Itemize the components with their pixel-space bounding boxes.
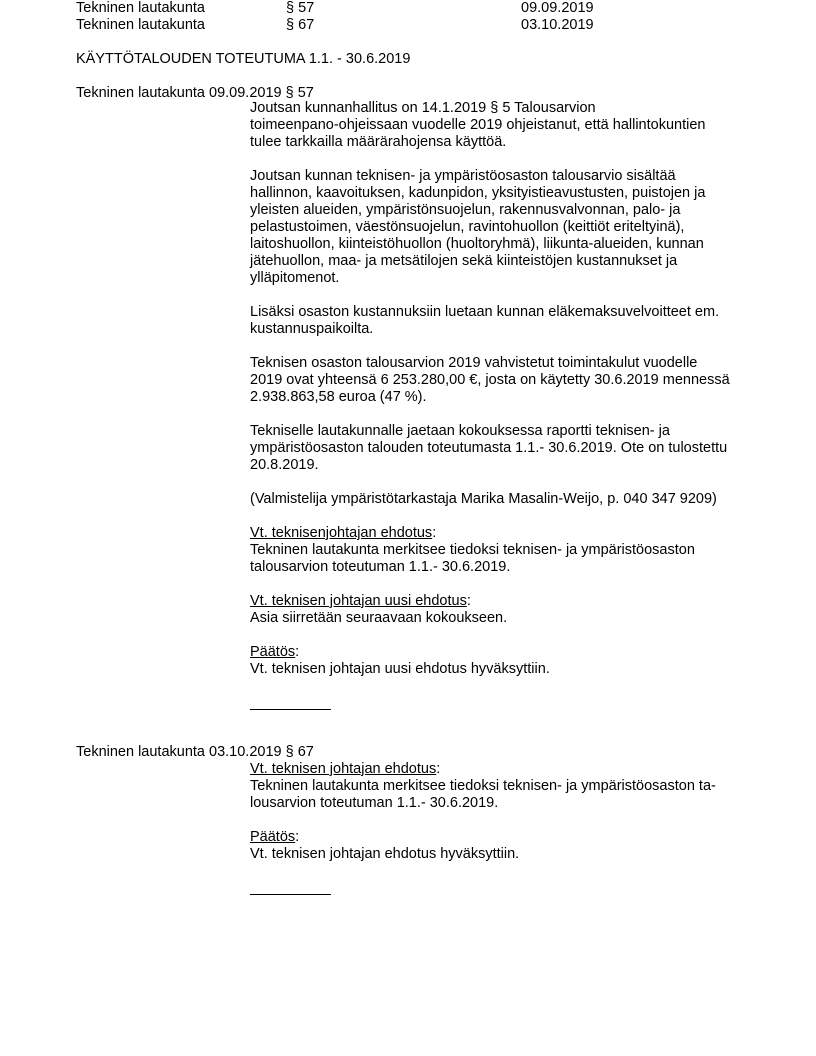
separator-rule — [250, 709, 331, 710]
separator-rule — [250, 894, 331, 895]
preparer-note: (Valmistelija ympäristötarkastaja Marika… — [250, 491, 717, 508]
paragraph-line: pelastustoimen, väestönsuojelun, ravinto… — [250, 219, 684, 236]
proposal-label: Vt. teknisen johtajan ehdotus: — [250, 761, 440, 778]
paragraph-line: ympäristöosaston talouden toteutumasta 1… — [250, 440, 727, 457]
paragraph-line: Lisäksi osaston kustannuksiin luetaan ku… — [250, 304, 719, 321]
paragraph-line: 2.938.863,58 euroa (47 %). — [250, 389, 427, 406]
meeting-heading: Tekninen lautakunta 03.10.2019 § 67 — [76, 744, 314, 761]
proposal-text: Tekninen lautakunta merkitsee tiedoksi t… — [250, 778, 716, 795]
header-row-section: § 67 — [286, 17, 314, 34]
decision-label: Päätös: — [250, 829, 299, 846]
document-title: KÄYTTÖTALOUDEN TOTEUTUMA 1.1. - 30.6.201… — [76, 51, 410, 68]
header-row-body: Tekninen lautakunta — [76, 17, 205, 34]
proposal-text: talousarvion toteutuman 1.1.- 30.6.2019. — [250, 559, 510, 576]
decision-text: Vt. teknisen johtajan uusi ehdotus hyväk… — [250, 661, 550, 678]
header-row-date: 03.10.2019 — [521, 17, 594, 34]
decision-label: Päätös: — [250, 644, 299, 661]
decision-text: Vt. teknisen johtajan ehdotus hyväksytti… — [250, 846, 519, 863]
proposal-label: Vt. teknisenjohtajan ehdotus: — [250, 525, 436, 542]
paragraph-line: 2019 ovat yhteensä 6 253.280,00 €, josta… — [250, 372, 730, 389]
header-row-date: 09.09.2019 — [521, 0, 594, 17]
paragraph-line: jätehuollon, maa- ja metsätilojen sekä k… — [250, 253, 677, 270]
paragraph-line: Joutsan kunnanhallitus on 14.1.2019 § 5 … — [250, 100, 596, 117]
header-row-section: § 57 — [286, 0, 314, 17]
paragraph-line: kustannuspaikoilta. — [250, 321, 373, 338]
paragraph-line: hallinnon, kaavoituksen, kadunpidon, yks… — [250, 185, 705, 202]
paragraph-line: 20.8.2019. — [250, 457, 319, 474]
new-proposal-label: Vt. teknisen johtajan uusi ehdotus: — [250, 593, 471, 610]
paragraph-line: ylläpitomenot. — [250, 270, 339, 287]
proposal-text: Tekninen lautakunta merkitsee tiedoksi t… — [250, 542, 695, 559]
paragraph-line: Tekniselle lautakunnalle jaetaan kokouks… — [250, 423, 670, 440]
paragraph-line: tulee tarkkailla määrärahojensa käyttöä. — [250, 134, 506, 151]
paragraph-line: laitoshuollon, kiinteistöhuollon (huolto… — [250, 236, 704, 253]
paragraph-line: yleisten alueiden, ympäristönsuojelun, r… — [250, 202, 680, 219]
paragraph-line: toimeenpano-ohjeissaan vuodelle 2019 ohj… — [250, 117, 705, 134]
new-proposal-text: Asia siirretään seuraavaan kokoukseen. — [250, 610, 507, 627]
header-row-body: Tekninen lautakunta — [76, 0, 205, 17]
paragraph-line: Joutsan kunnan teknisen- ja ympäristöosa… — [250, 168, 676, 185]
paragraph-line: Teknisen osaston talousarvion 2019 vahvi… — [250, 355, 697, 372]
proposal-text: lousarvion toteutuman 1.1.- 30.6.2019. — [250, 795, 498, 812]
